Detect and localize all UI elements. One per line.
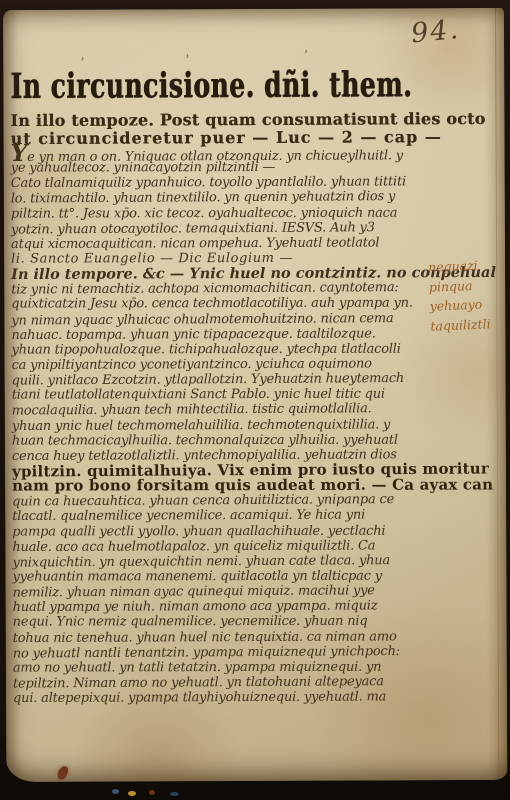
manuscript-photo: ʾ ʾ ʾ 94. In circuncisione. dñi. them. I…	[0, 0, 510, 800]
manuscript-line: li. Sancto Euangelio — Dic Eulogium —	[11, 251, 469, 267]
manuscript-line: Ye yn man o on. Yniquac otlan otzonquiz.…	[11, 144, 469, 161]
manuscript-line: huan techmacicaylhuilia. techmonalquizca…	[12, 432, 470, 448]
manuscript-line: yn niman yquac ylhuicac ohualmotemohuitz…	[11, 310, 469, 328]
binding-fleck	[170, 792, 179, 796]
manuscript-line: quixticatzin Jesu xp̄o. cenca techmotlac…	[11, 296, 469, 312]
manuscript-line: yotzin. yhuan otocayotiloc. temaquixtian…	[11, 219, 469, 237]
manuscript-line: atqui xicmocaquitican. nican ompehua. Yy…	[11, 235, 469, 252]
binding-fleck	[112, 789, 119, 794]
ink-spot	[56, 765, 69, 781]
manuscript-line: tlacatl. qualnemilice yecnemilice. acami…	[12, 507, 470, 524]
manuscript-line: yhuan tipopohualozque. tichipahualozque.…	[11, 341, 469, 357]
margin-note-line: taquiliztli	[430, 313, 510, 336]
page-heading: In circuncisione. dñi. them.	[10, 64, 480, 106]
manuscript-line: qui. altepepixqui. ypampa tlayhiyohuizne…	[13, 689, 471, 706]
manuscript-line: lo. tiximachtilo. yhuan tinextililo. yn …	[11, 189, 469, 207]
manuscript-line: tepiltzin. Niman amo no yehuatl. yn tlat…	[13, 674, 471, 692]
manuscript-line: no yehuatl nantli tenantzin. ypampa miqu…	[13, 643, 471, 661]
manuscript-line: ye yahualtecoz. yninacayotzin piltzintli…	[11, 160, 469, 176]
manuscript-page: ʾ ʾ ʾ 94. In circuncisione. dñi. them. I…	[3, 8, 507, 782]
manuscript-line: pampa qualli yectli yyollo. yhuan qualla…	[12, 523, 470, 539]
manuscript-line: nemiliz. yhuan niman ayac quinequi miqui…	[12, 583, 470, 601]
folio-number: 94.	[410, 14, 462, 49]
binding-fleck	[128, 791, 136, 796]
manuscript-line: nahuac. topampa. yhuan ynic tipapacezque…	[11, 326, 469, 343]
manuscript-line: yhuan ynic huel techmomelahuililia. tech…	[12, 417, 470, 434]
quill-flick-mark: ʾ	[303, 49, 307, 64]
binding-fleck	[149, 790, 155, 795]
manuscript-line: piltzin. tt°. Jesu xp̄o. xic tecoz. oyah…	[11, 205, 469, 221]
margin-note: neguazipinquayehuayotaquiliztli	[428, 254, 510, 335]
body-text-block: Ye yn man o on. Yniquac otlan otzonquiz.…	[11, 144, 471, 712]
manuscript-line: nequi. Ynic nemiz qualnemilice. yecnemil…	[13, 614, 471, 630]
